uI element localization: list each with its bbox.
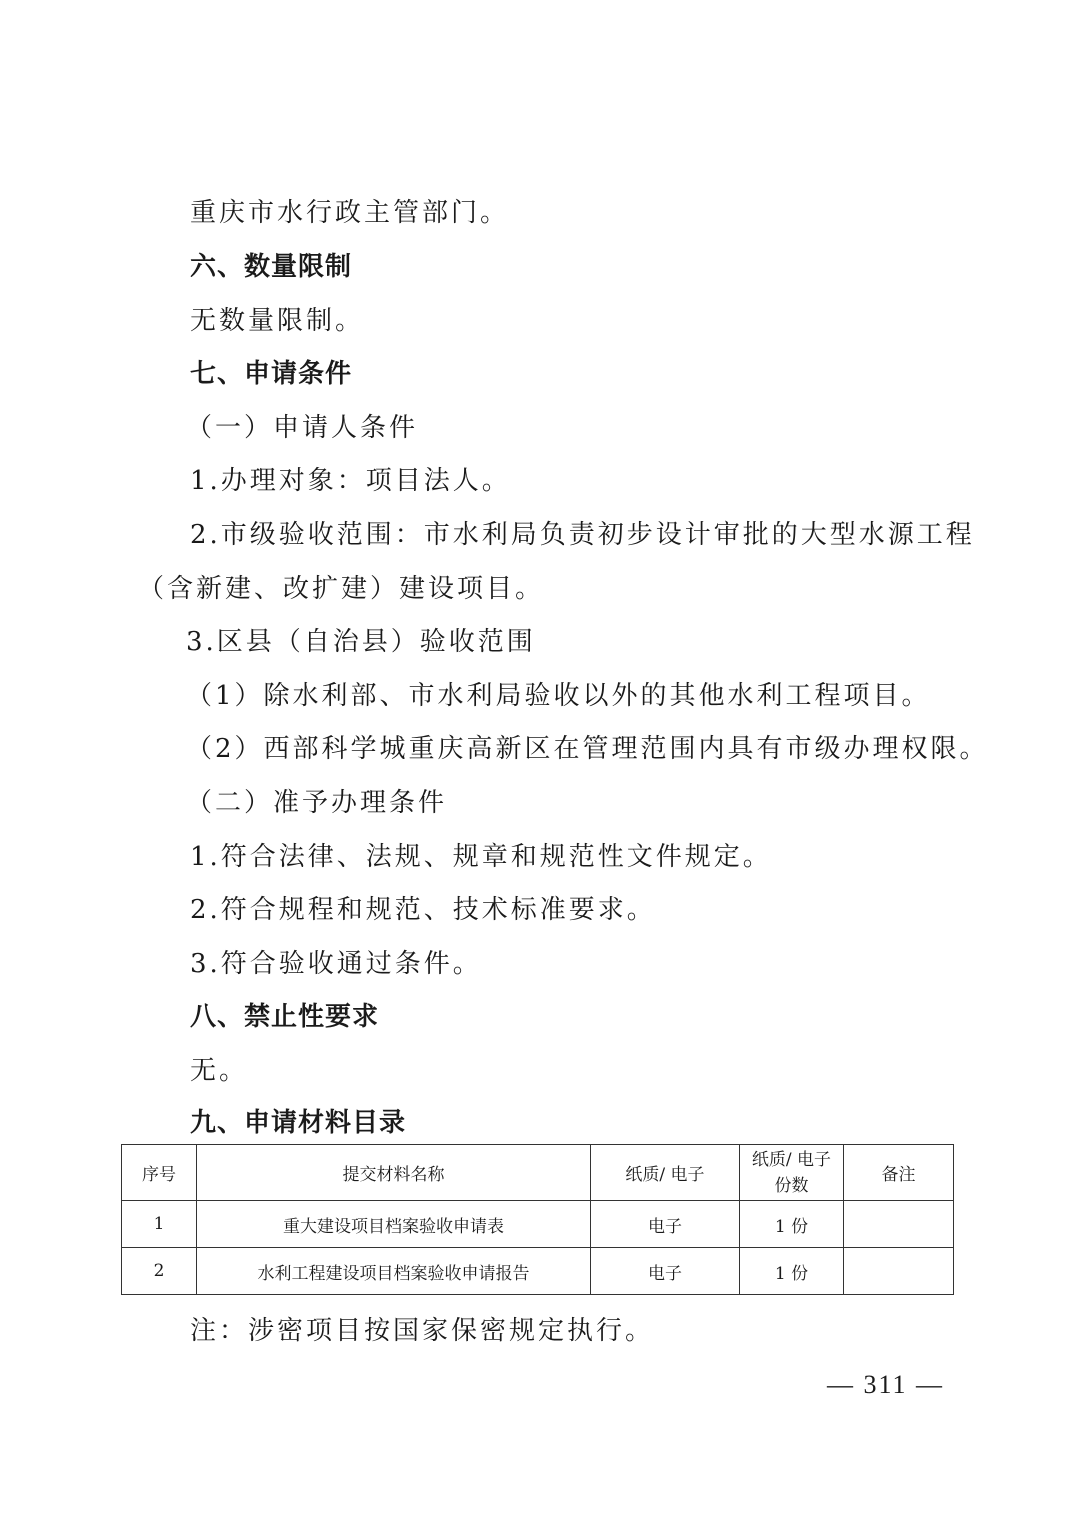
section-heading-materials-list: 九、申请材料目录 xyxy=(190,1106,406,1140)
header-copies: 纸质/ 电子份数 xyxy=(740,1145,844,1201)
body-text: 3.符合验收通过条件。 xyxy=(190,947,482,981)
cell-format: 电子 xyxy=(591,1201,740,1248)
cell-material-name: 水利工程建设项目档案验收申请报告 xyxy=(197,1248,591,1295)
body-text: 1.符合法律、法规、规章和规范性文件规定。 xyxy=(190,840,772,874)
subsection-heading: （一）申请人条件 xyxy=(186,411,418,445)
section-heading-application-conditions: 七、申请条件 xyxy=(190,357,352,391)
header-remarks: 备注 xyxy=(844,1145,954,1201)
body-text: 2.市级验收范围：市水利局负责初步设计审批的大型水源工程 xyxy=(190,518,975,552)
section-heading-prohibitions: 八、禁止性要求 xyxy=(190,1000,379,1034)
cell-index: 2 xyxy=(122,1248,197,1295)
header-material-name: 提交材料名称 xyxy=(197,1145,591,1201)
body-text: 重庆市水行政主管部门。 xyxy=(190,196,509,230)
cell-format: 电子 xyxy=(591,1248,740,1295)
body-text: （含新建、改扩建）建设项目。 xyxy=(138,572,544,606)
cell-remarks xyxy=(844,1201,954,1248)
cell-remarks xyxy=(844,1248,954,1295)
header-format: 纸质/ 电子 xyxy=(591,1145,740,1201)
cell-copies: 1 份 xyxy=(740,1248,844,1295)
cell-material-name: 重大建设项目档案验收申请表 xyxy=(197,1201,591,1248)
materials-table: 序号 提交材料名称 纸质/ 电子 纸质/ 电子份数 备注 1 重大建设项目档案验… xyxy=(121,1144,954,1295)
body-text: 2.符合规程和规范、技术标准要求。 xyxy=(190,893,656,927)
table-header-row: 序号 提交材料名称 纸质/ 电子 纸质/ 电子份数 备注 xyxy=(122,1145,954,1201)
body-text: （1）除水利部、市水利局验收以外的其他水利工程项目。 xyxy=(186,679,931,713)
footnote: 注：涉密项目按国家保密规定执行。 xyxy=(190,1314,654,1348)
header-index: 序号 xyxy=(122,1145,197,1201)
body-text: 无。 xyxy=(190,1054,248,1088)
body-text: （2）西部科学城重庆高新区在管理范围内具有市级办理权限。 xyxy=(186,732,989,766)
subsection-heading: （二）准予办理条件 xyxy=(186,786,447,820)
page-number: — 311 — xyxy=(827,1370,944,1400)
body-text: 1.办理对象：项目法人。 xyxy=(190,464,511,498)
body-text: 3.区县（自治县）验收范围 xyxy=(186,625,536,659)
table-row: 2 水利工程建设项目档案验收申请报告 电子 1 份 xyxy=(122,1248,954,1295)
cell-index: 1 xyxy=(122,1201,197,1248)
body-text: 无数量限制。 xyxy=(190,304,364,338)
cell-copies: 1 份 xyxy=(740,1201,844,1248)
table-row: 1 重大建设项目档案验收申请表 电子 1 份 xyxy=(122,1201,954,1248)
section-heading-quantity-limit: 六、数量限制 xyxy=(190,250,352,284)
